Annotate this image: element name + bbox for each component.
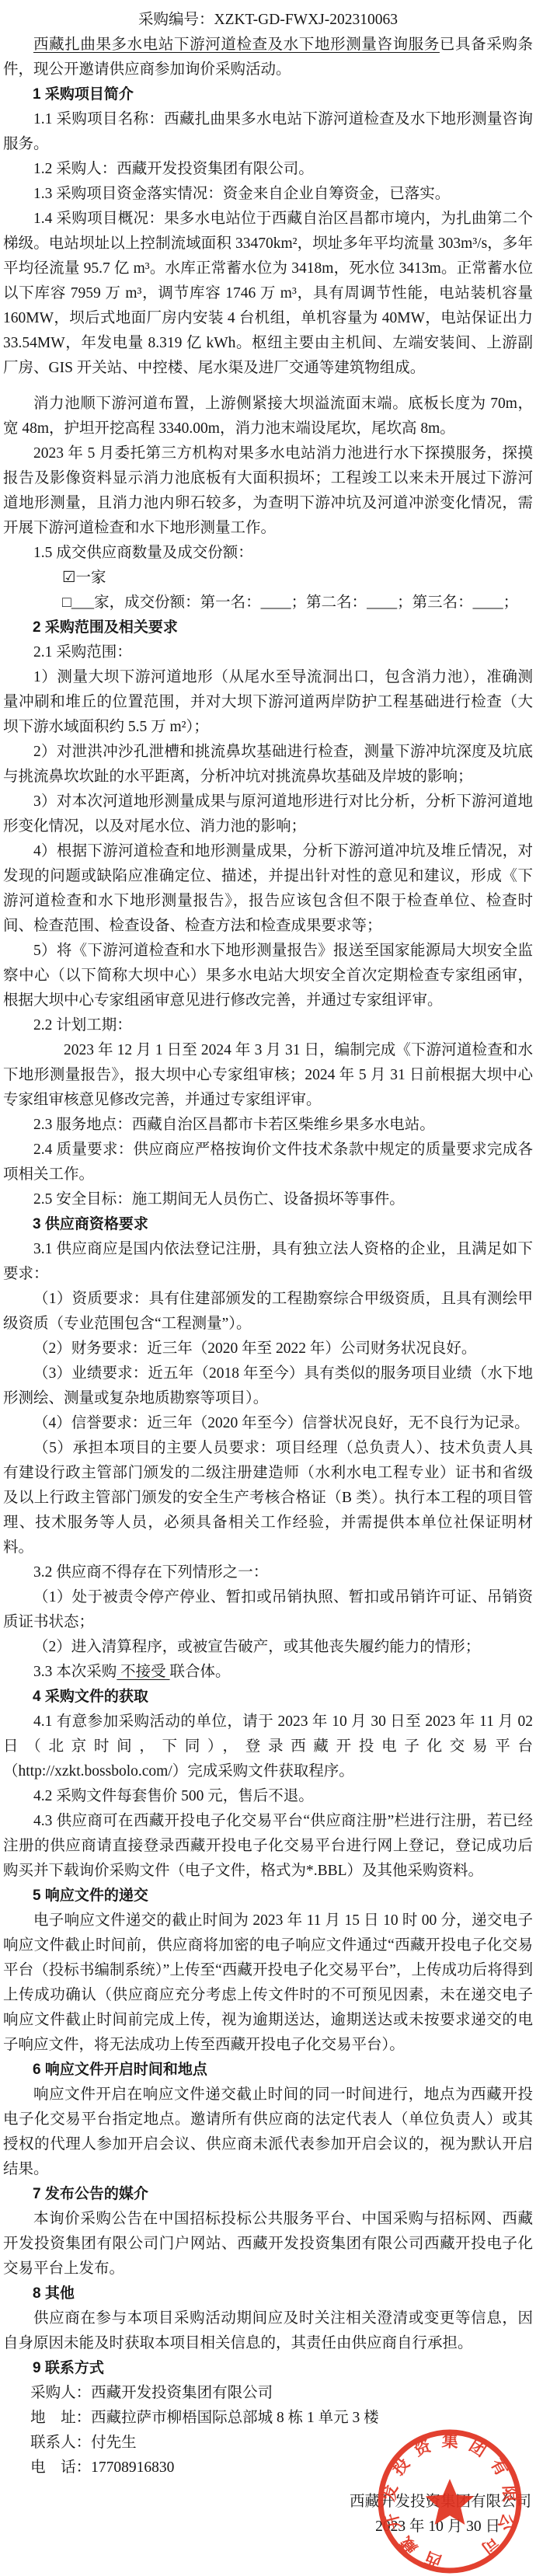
paragraph: 1.1 采购项目名称：西藏扎曲果多水电站下游河道检查及水下地形测量咨询服务。 [3,107,533,157]
underlined-text: 不接受 [117,1664,169,1680]
contact-line: 地 址：西藏拉萨市柳梧国际总部城 8 栋 1 单元 3 楼 [3,2406,533,2431]
document-body: 采购编号：XZKT-GD-FWXJ-202310063西藏扎曲果多水电站下游河道… [3,8,533,2480]
procurement-notice-page: 采购编号：XZKT-GD-FWXJ-202310063西藏扎曲果多水电站下游河道… [0,0,536,2576]
signature-date: 2023 年 10 月 30 日 [3,2515,533,2539]
section-heading: 5 响应文件的递交 [3,1884,533,1908]
paragraph: 2023 年 5 月委托第三方机构对果多水电站消力池进行水下探摸服务，探摸报告及… [3,441,533,541]
section-heading: 2 采购范围及相关要求 [3,615,533,640]
paragraph: 1.5 成交供应商数量及成交份额： [3,541,533,566]
paragraph: 本询价采购公告在中国招标投标公共服务平台、中国采购与招标网、西藏开发投资集团有限… [3,2207,533,2281]
paragraph: 3.2 供应商不得存在下列情形之一： [3,1560,533,1585]
paragraph: 2.1 采购范围： [3,640,533,665]
section-heading: 3 供应商资格要求 [3,1212,533,1237]
signature-block: 西藏开发投资集团有限公司 2023 年 10 月 30 日 [3,2490,533,2539]
paragraph: （2）进入清算程序，或被宣告破产，或其他丧失履约能力的情形； [3,1635,533,1660]
paragraph: 2）对泄洪冲沙孔泄槽和挑流鼻坎基础进行检查，测量下游冲坑深度及坑底与挑流鼻坎坎趾… [3,740,533,790]
paragraph: （2）财务要求：近三年（2020 年至 2022 年）公司财务状况良好。 [3,1337,533,1361]
paragraph: 2.5 安全目标：施工期间无人员伤亡、设备损坏等事件。 [3,1187,533,1212]
underlined-text: 西藏扎曲果多水电站下游河道检查及水下地形测量咨询服务 [33,37,440,53]
paragraph: （1）资质要求：具有住建部颁发的工程勘察综合甲级资质，且具有测绘甲级资质（专业范… [3,1287,533,1337]
section-heading: 6 响应文件开启时间和地点 [3,2058,533,2083]
paragraph: 3.1 供应商应是国内依法登记注册，具有独立法人资格的企业，且满足如下要求： [3,1237,533,1287]
paragraph: 1）测量大坝下游河道地形（从尾水至导流洞出口，包含消力池），准确测量冲刷和堆丘的… [3,665,533,740]
paragraph: 3）对本次河道地形测量成果与原河道地形进行对比分析，分析下游河道地形变化情况，以… [3,790,533,839]
contact-line: 电 话：17708916830 [3,2456,533,2480]
paragraph: 2.3 服务地点：西藏自治区昌都市卡若区柴维乡果多水电站。 [3,1113,533,1138]
section-heading: 9 联系方式 [3,2356,533,2381]
paragraph: 2023 年 12 月 1 日至 2024 年 3 月 31 日，编制完成《下游… [3,1038,533,1113]
paragraph: （4）信誉要求：近三年（2020 年至今）信誉状况良好，无不良行为记录。 [3,1411,533,1436]
contact-line: 采购人：西藏开发投资集团有限公司 [3,2381,533,2406]
paragraph: 西藏扎曲果多水电站下游河道检查及水下地形测量咨询服务已具备采购条件，现公开邀请供… [3,33,533,82]
paragraph: 2.2 计划工期： [3,1013,533,1038]
paragraph: 5）将《下游河道检查和水下地形测量报告》报送至国家能源局大坝安全监察中心（以下简… [3,939,533,1013]
paragraph: 消力池顺下游河道布置，上游侧紧接大坝溢流面末端。底板长度为 70m，宽 48m，… [3,392,533,441]
paragraph: 3.3 本次采购 不接受 联合体。 [3,1660,533,1685]
paragraph: 4）根据下游河道检查和地形测量成果，分析下游河道冲坑及堆丘情况，对发现的问题或缺… [3,839,533,939]
paragraph: □___家，成交份额：第一名：____；第二名：____；第三名：____； [3,591,533,615]
signature-company: 西藏开发投资集团有限公司 [3,2490,533,2515]
paragraph: ☑一家 [3,566,533,591]
section-heading: 1 采购项目简介 [3,82,533,107]
contact-line: 联系人：付先生 [3,2431,533,2456]
paragraph: （5）承担本项目的主要人员要求：项目经理（总负责人）、技术负责人具有建设行政主管… [3,1436,533,1560]
section-heading: 4 采购文件的获取 [3,1685,533,1710]
section-heading: 8 其他 [3,2281,533,2306]
paragraph: 响应文件开启在响应文件递交截止时间的同一时间进行，地点为西藏开投电子化交易平台指… [3,2083,533,2182]
paragraph: 电子响应文件递交的截止时间为 2023 年 11 月 15 日 10 时 00 … [3,1908,533,2058]
paragraph: 2.4 质量要求：供应商应严格按询价文件技术条款中规定的质量要求完成各项相关工作… [3,1138,533,1187]
procurement-number: 采购编号：XZKT-GD-FWXJ-202310063 [3,8,533,33]
paragraph: 1.4 采购项目概况：果多水电站位于西藏自治区昌都市境内，为扎曲第二个梯级。电站… [3,207,533,381]
paragraph: 4.3 供应商可在西藏开投电子化交易平台“供应商注册”栏进行注册，若已经注册的供… [3,1809,533,1884]
paragraph: 供应商在参与本项目采购活动期间应及时关注相关澄清或变更等信息，因自身原因未能及时… [3,2306,533,2356]
paragraph: （1）处于被责令停产停业、暂扣或吊销执照、暂扣或吊销许可证、吊销资质证书状态； [3,1585,533,1635]
paragraph: （3）业绩要求：近五年（2018 年至今）具有类似的服务项目业绩（水下地形测绘、… [3,1361,533,1411]
paragraph: 1.3 采购项目资金落实情况：资金来自企业自筹资金，已落实。 [3,182,533,207]
section-heading: 7 发布公告的媒介 [3,2182,533,2207]
paragraph: 4.1 有意参加采购活动的单位，请于 2023 年 10 月 30 日至 202… [3,1710,533,1784]
paragraph: 4.2 采购文件每套售价 500 元，售后不退。 [3,1784,533,1809]
paragraph: 1.2 采购人：西藏开发投资集团有限公司。 [3,157,533,182]
